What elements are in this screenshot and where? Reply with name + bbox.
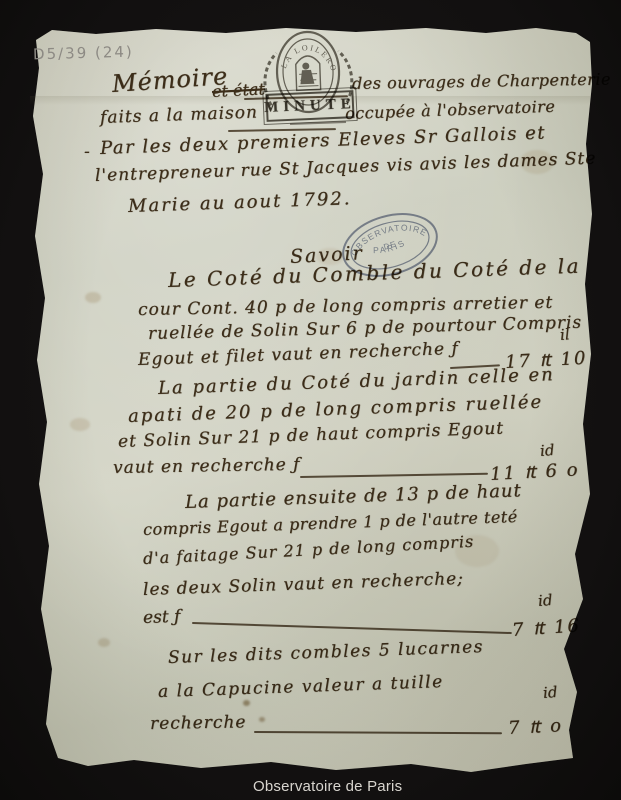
observatory-stamp-bottom-text: PARIS: [370, 236, 408, 258]
ink-spot: [243, 700, 250, 706]
svg-text:PARIS: PARIS: [370, 236, 408, 258]
minute-stamp-text: MINUTE: [264, 96, 356, 117]
amount-livres: 7 ₶ 16: [511, 613, 581, 642]
manuscript-line: est ƒ: [143, 607, 181, 628]
id-mark: id: [542, 683, 558, 702]
emblem-figure-body: [300, 70, 314, 84]
amount-livres: 7 ₶ o: [507, 713, 563, 740]
id-mark: id: [539, 441, 555, 460]
id-mark: il: [559, 325, 570, 344]
photo-caption: Observatoire de Paris: [253, 778, 402, 795]
minute-stamp: MINUTE: [265, 90, 354, 122]
emblem-figure-head: [302, 62, 309, 69]
archival-reference-note: D5/39 (24): [33, 43, 134, 64]
photograph-of-manuscript: D5/39 (24) Mémoire et état des ouvrages …: [0, 0, 621, 800]
id-mark: id: [537, 591, 553, 610]
paper-stain: [98, 638, 110, 647]
manuscript-line: vaut en recherche ƒ: [113, 455, 301, 478]
manuscript-line: recherche: [150, 712, 247, 734]
ink-spot: [259, 717, 265, 722]
paper-stain: [70, 418, 90, 431]
margin-dash: -: [84, 142, 90, 162]
paper-stain: [85, 292, 101, 303]
